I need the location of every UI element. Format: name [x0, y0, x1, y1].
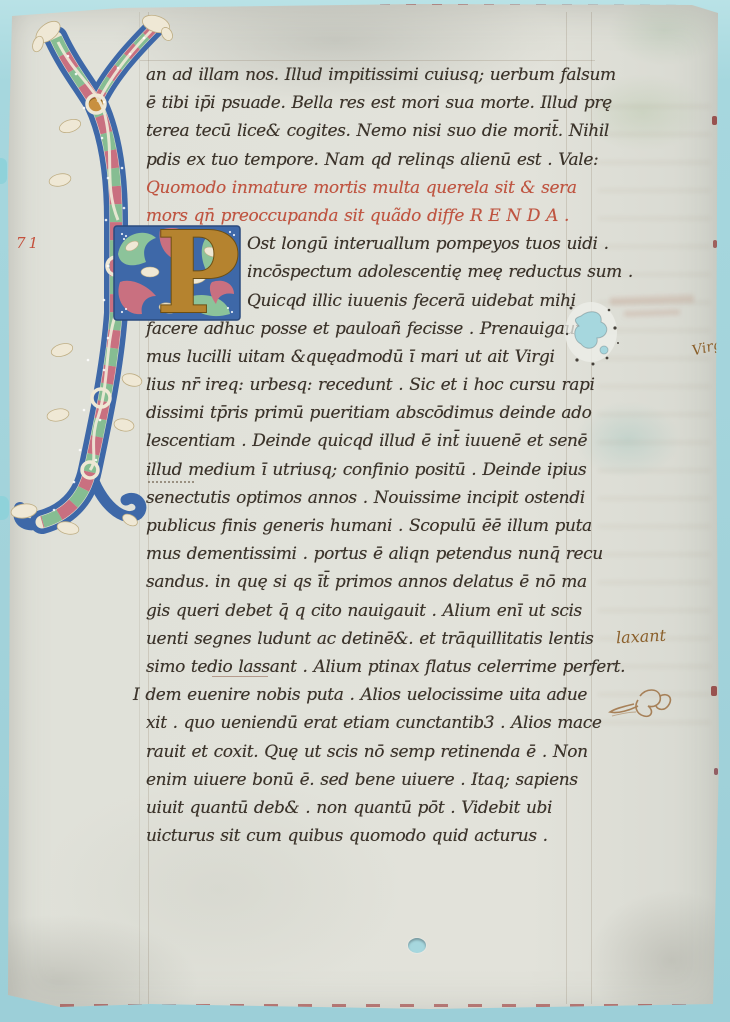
text-line: sandus. in quę si qs īt̄ primos annos de… [146, 568, 614, 596]
edge-tint-bottom [60, 1004, 700, 1007]
text-line: uenti segnes ludunt ac detinē&. et trāqu… [146, 625, 614, 653]
manicule-doodle [606, 680, 684, 728]
text-line: mus dementissimi . portus ē aliqn petend… [146, 540, 614, 568]
text-line: lescentiam . Deinde quicqd illud ē int̄ … [146, 427, 614, 455]
rubric-line: Quomodo inmature mortis multa querela si… [146, 174, 614, 202]
text-line: Ost longū interuallum pompeyos tuos uidi… [146, 230, 614, 258]
text-line: mus lucilli uitam &quęadmodū ī mari ut a… [146, 343, 614, 371]
text-line: I dem euenire nobis puta . Alios uelocis… [133, 681, 614, 709]
text-line: publicus finis generis humani . Scopulū … [146, 512, 614, 540]
margin-note-laxant: laxant [616, 626, 667, 648]
edge-notch-lower [0, 496, 9, 520]
expunction-dots [148, 481, 194, 483]
text-line: rauit et coxit. Quę ut scis nō semp reti… [146, 738, 614, 766]
rubric-line: mors qn̄ preoccupanda sit quãdo diffe R … [146, 202, 614, 230]
edge-notch-upper [0, 158, 7, 184]
text-line: uicturus sit cum quibus quomodo quid act… [146, 822, 614, 850]
underline-mark [212, 676, 268, 677]
text-line: Quicqd illic iuuenis fecerā uidebat mihi [146, 287, 614, 315]
manuscript-leaf: P an ad illam nos. Illud impitissimi cui… [0, 0, 730, 1022]
edge-tint-top [380, 3, 710, 5]
edge-speck [712, 116, 717, 125]
folio-number: 71 [16, 234, 41, 252]
small-hole [408, 938, 426, 953]
edge-speck [711, 686, 717, 696]
text-line: gis queri debet q̄ q cito nauigauit . Al… [146, 597, 614, 625]
text-line: xit . quo ueniendū erat etiam cunctantib… [146, 709, 614, 737]
text-line: terea tecū lice& cogites. Nemo nisi suo … [146, 117, 614, 145]
text-line: illud medium ī utriusq; confinio positū … [146, 456, 614, 484]
edge-speck [714, 768, 718, 775]
text-line: ē tibi ip̄i psuade. Bella res est mori s… [146, 89, 614, 117]
text-line: incōspectum adolescentię meę reductus su… [146, 258, 614, 286]
edge-speck [713, 240, 717, 248]
text-line: senectutis optimos annos . Nouissime inc… [146, 484, 614, 512]
worm-hole [563, 298, 623, 368]
text-line: pdis ex tuo tempore. Nam qd relinqs alie… [146, 146, 614, 174]
text-line: facere adhuc posse et pauloañ fecisse . … [146, 315, 614, 343]
text-line: enim uiuere bonū ē. sed bene uiuere . It… [146, 766, 614, 794]
photo-backing: P an ad illam nos. Illud impitissimi cui… [0, 0, 730, 1022]
text-line: dissimi tp̄ris primū pueritiam abscōdimu… [146, 399, 614, 427]
text-line: lius nr̄ ireq: urbesq: recedunt . Sic et… [146, 371, 614, 399]
text-line: an ad illam nos. Illud impitissimi cuius… [146, 61, 614, 89]
text-line: uiuit quantū deb& . non quantū pōt . Vid… [146, 794, 614, 822]
text-column: an ad illam nos. Illud impitissimi cuius… [146, 61, 614, 850]
